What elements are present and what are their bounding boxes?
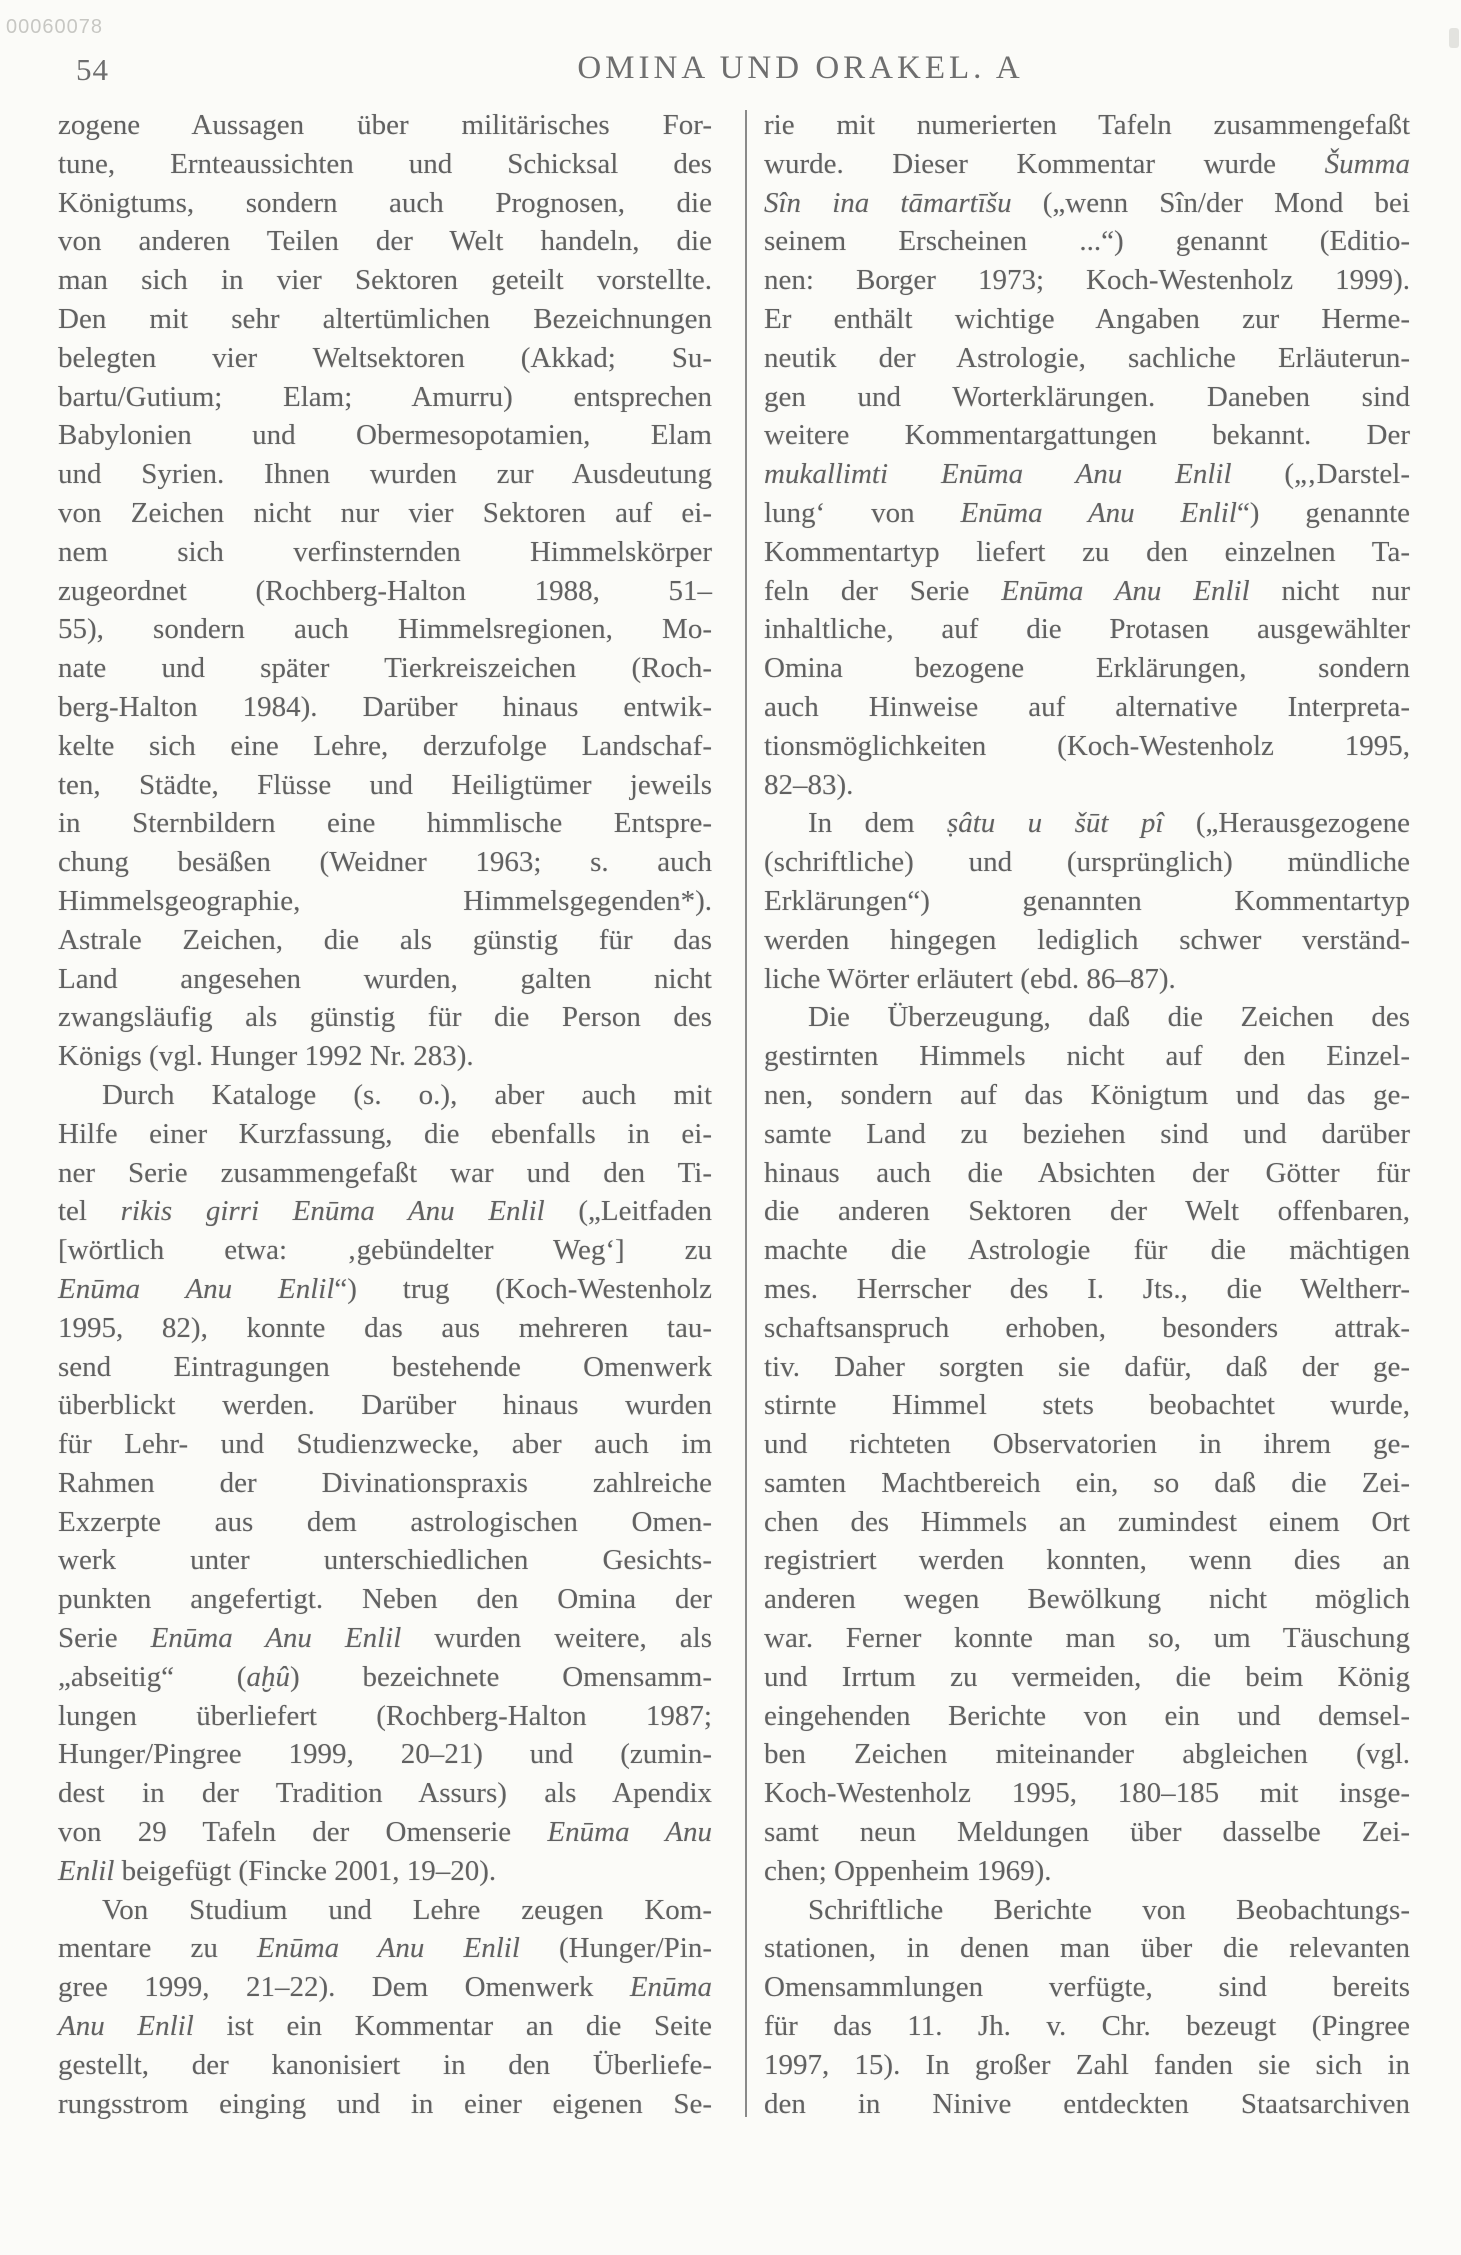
text-line: gestellt, der kanonisiert in den Überlie… [58,2046,712,2085]
text-line: man sich in vier Sektoren geteilt vorste… [58,261,712,300]
text-line: Königs (vgl. Hunger 1992 Nr. 283). [58,1037,712,1076]
text-line: lungen überliefert (Rochberg-Halton 1987… [58,1697,712,1736]
text-line: (schriftliche) und (ursprünglich) mündli… [764,843,1410,882]
text-line: Sîn ina tāmartīšu („wenn Sîn/der Mond be… [764,184,1410,223]
text-line: 55), sondern auch Himmelsregionen, Mo- [58,610,712,649]
text-line: von 29 Tafeln der Omenserie Enūma Anu [58,1813,712,1852]
text-line: Den mit sehr altertümlichen Bezeichnunge… [58,300,712,339]
text-line: stationen, in denen man über die relevan… [764,1929,1410,1968]
text-line: ten, Städte, Flüsse und Heiligtümer jewe… [58,766,712,805]
text-line: Land angesehen wurden, galten nicht [58,960,712,999]
text-line: eingehenden Berichte von ein und demsel- [764,1697,1410,1736]
text-line: von anderen Teilen der Welt handeln, die [58,222,712,261]
text-line: Erklärungen“) genannten Kommentartyp [764,882,1410,921]
text-line: anderen wegen Bewölkung nicht möglich [764,1580,1410,1619]
text-line: Astrale Zeichen, die als günstig für das [58,921,712,960]
text-line: Anu Enlil ist ein Kommentar an die Seite [58,2007,712,2046]
text-line: samten Machtbereich ein, so daß die Zei- [764,1464,1410,1503]
scan-edge-artifact [1449,28,1459,48]
text-line: samt neun Meldungen über dasselbe Zei- [764,1813,1410,1852]
text-line: tionsmöglichkeiten (Koch-Westenholz 1995… [764,727,1410,766]
text-line: gree 1999, 21–22). Dem Omenwerk Enūma [58,1968,712,2007]
text-line: zogene Aussagen über militärisches For- [58,106,712,145]
text-line: Kommentartyp liefert zu den einzelnen Ta… [764,533,1410,572]
text-line: nem sich verfinsternden Himmelskörper [58,533,712,572]
text-line: Enūma Anu Enlil“) trug (Koch-Westenholz [58,1270,712,1309]
text-line: Er enthält wichtige Angaben zur Herme- [764,300,1410,339]
text-line: zugeordnet (Rochberg-Halton 1988, 51– [58,572,712,611]
text-line: Himmelsgeographie, Himmelsgegenden*). [58,882,712,921]
text-line: Omina bezogene Erklärungen, sondern [764,649,1410,688]
text-line: nen, sondern auf das Königtum und das ge… [764,1076,1410,1115]
text-line: machte die Astrologie für die mächtigen [764,1231,1410,1270]
text-line: rungsstrom einging und in einer eigenen … [58,2085,712,2124]
text-line: Schriftliche Berichte von Beobachtungs- [764,1891,1410,1930]
text-column-right: rie mit numerierten Tafeln zusammengefaß… [764,106,1410,2123]
text-line: mes. Herrscher des I. Jts., die Weltherr… [764,1270,1410,1309]
text-line: Durch Kataloge (s. o.), aber auch mit [58,1076,712,1115]
text-line: Koch-Westenholz 1995, 180–185 mit insge- [764,1774,1410,1813]
text-line: dest in der Tradition Assurs) als Apendi… [58,1774,712,1813]
text-line: überblickt werden. Darüber hinaus wurden [58,1386,712,1425]
text-line: stirnte Himmel stets beobachtet wurde, [764,1386,1410,1425]
text-line: 1995, 82), konnte das aus mehreren tau- [58,1309,712,1348]
text-line: auch Hinweise auf alternative Interpreta… [764,688,1410,727]
text-line: hinaus auch die Absichten der Götter für [764,1154,1410,1193]
text-line: Hunger/Pingree 1999, 20–21) und (zumin- [58,1735,712,1774]
text-line: Enlil beigefügt (Fincke 2001, 19–20). [58,1852,712,1891]
running-header: OMINA UND ORAKEL. A [70,50,1461,87]
text-line: für Lehr- und Studienzwecke, aber auch i… [58,1425,712,1464]
text-line: rie mit numerierten Tafeln zusammengefaß… [764,106,1410,145]
text-line: liche Wörter erläutert (ebd. 86–87). [764,960,1410,999]
text-line: Von Studium und Lehre zeugen Kom- [58,1891,712,1930]
text-line: werk unter unterschiedlichen Gesichts- [58,1541,712,1580]
text-line: mukallimti Enūma Anu Enlil („‚Darstel- [764,455,1410,494]
text-line: Exzerpte aus dem astrologischen Omen- [58,1503,712,1542]
text-line: den in Ninive entdeckten Staatsarchiven [764,2085,1410,2124]
text-line: „abseitig“ (aḫû) bezeichnete Omensamm- [58,1658,712,1697]
text-line: gestirnten Himmels nicht auf den Einzel- [764,1037,1410,1076]
text-line: in Sternbildern eine himmlische Entspre- [58,804,712,843]
text-line: und richteten Observatorien in ihrem ge- [764,1425,1410,1464]
text-line: chung besäßen (Weidner 1963; s. auch [58,843,712,882]
text-line: Rahmen der Divinationspraxis zahlreiche [58,1464,712,1503]
text-line: samte Land zu beziehen sind und darüber [764,1115,1410,1154]
text-line: lung‘ von Enūma Anu Enlil“) genannte [764,494,1410,533]
text-line: ner Serie zusammengefaßt war und den Ti- [58,1154,712,1193]
text-line: zwangsläufig als günstig für die Person … [58,998,712,1037]
text-line: mentare zu Enūma Anu Enlil (Hunger/Pin- [58,1929,712,1968]
text-line: wurde. Dieser Kommentar wurde Šumma [764,145,1410,184]
text-line: Die Überzeugung, daß die Zeichen des [764,998,1410,1037]
scan-serial-watermark: 00060078 [6,16,103,39]
text-line: Serie Enūma Anu Enlil wurden weitere, al… [58,1619,712,1658]
text-line: 1997, 15). In großer Zahl fanden sie sic… [764,2046,1410,2085]
text-line: werden hingegen lediglich schwer verstän… [764,921,1410,960]
column-divider-rule [745,110,747,2117]
text-column-left: zogene Aussagen über militärisches For-t… [58,106,712,2123]
text-line: [wörtlich etwa: ‚gebündelter Weg‘] zu [58,1231,712,1270]
text-line: die anderen Sektoren der Welt offenbaren… [764,1192,1410,1231]
text-line: chen des Himmels an zumindest einem Ort [764,1503,1410,1542]
text-line: seinem Erscheinen ...“) genannt (Editio- [764,222,1410,261]
text-line: neutik der Astrologie, sachliche Erläute… [764,339,1410,378]
text-line: tune, Ernteaussichten und Schicksal des [58,145,712,184]
text-line: Königtums, sondern auch Prognosen, die [58,184,712,223]
text-line: Omensammlungen verfügte, sind bereits [764,1968,1410,2007]
text-line: schaftsanspruch erhoben, besonders attra… [764,1309,1410,1348]
text-line: send Eintragungen bestehende Omenwerk [58,1348,712,1387]
text-line: für das 11. Jh. v. Chr. bezeugt (Pingree [764,2007,1410,2046]
text-line: war. Ferner konnte man so, um Täuschung [764,1619,1410,1658]
text-line: Hilfe einer Kurzfassung, die ebenfalls i… [58,1115,712,1154]
text-line: kelte sich eine Lehre, derzufolge Landsc… [58,727,712,766]
text-line: nate und später Tierkreiszeichen (Roch- [58,649,712,688]
text-line: registriert werden konnten, wenn dies an [764,1541,1410,1580]
text-line: belegten vier Weltsektoren (Akkad; Su- [58,339,712,378]
text-line: tiv. Daher sorgten sie dafür, daß der ge… [764,1348,1410,1387]
text-line: und Irrtum zu vermeiden, die beim König [764,1658,1410,1697]
text-line: ben Zeichen miteinander abgleichen (vgl. [764,1735,1410,1774]
text-line: In dem ṣâtu u šūt pî („Herausgezogene [764,804,1410,843]
text-line: chen; Oppenheim 1969). [764,1852,1410,1891]
text-line: von Zeichen nicht nur vier Sektoren auf … [58,494,712,533]
text-line: bartu/Gutium; Elam; Amurru) entsprechen [58,378,712,417]
text-line: weitere Kommentargattungen bekannt. Der [764,416,1410,455]
text-line: und Syrien. Ihnen wurden zur Ausdeutung [58,455,712,494]
text-line: berg-Halton 1984). Darüber hinaus entwik… [58,688,712,727]
text-line: gen und Worterklärungen. Daneben sind [764,378,1410,417]
page-body: zogene Aussagen über militärisches For-t… [58,106,1410,2123]
text-line: punkten angefertigt. Neben den Omina der [58,1580,712,1619]
text-line: Babylonien und Obermesopotamien, Elam [58,416,712,455]
text-line: inhaltliche, auf die Protasen ausgewählt… [764,610,1410,649]
text-line: feln der Serie Enūma Anu Enlil nicht nur [764,572,1410,611]
text-line: nen: Borger 1973; Koch-Westenholz 1999). [764,261,1410,300]
text-line: 82–83). [764,766,1410,805]
text-line: tel rikis girri Enūma Anu Enlil („Leitfa… [58,1192,712,1231]
